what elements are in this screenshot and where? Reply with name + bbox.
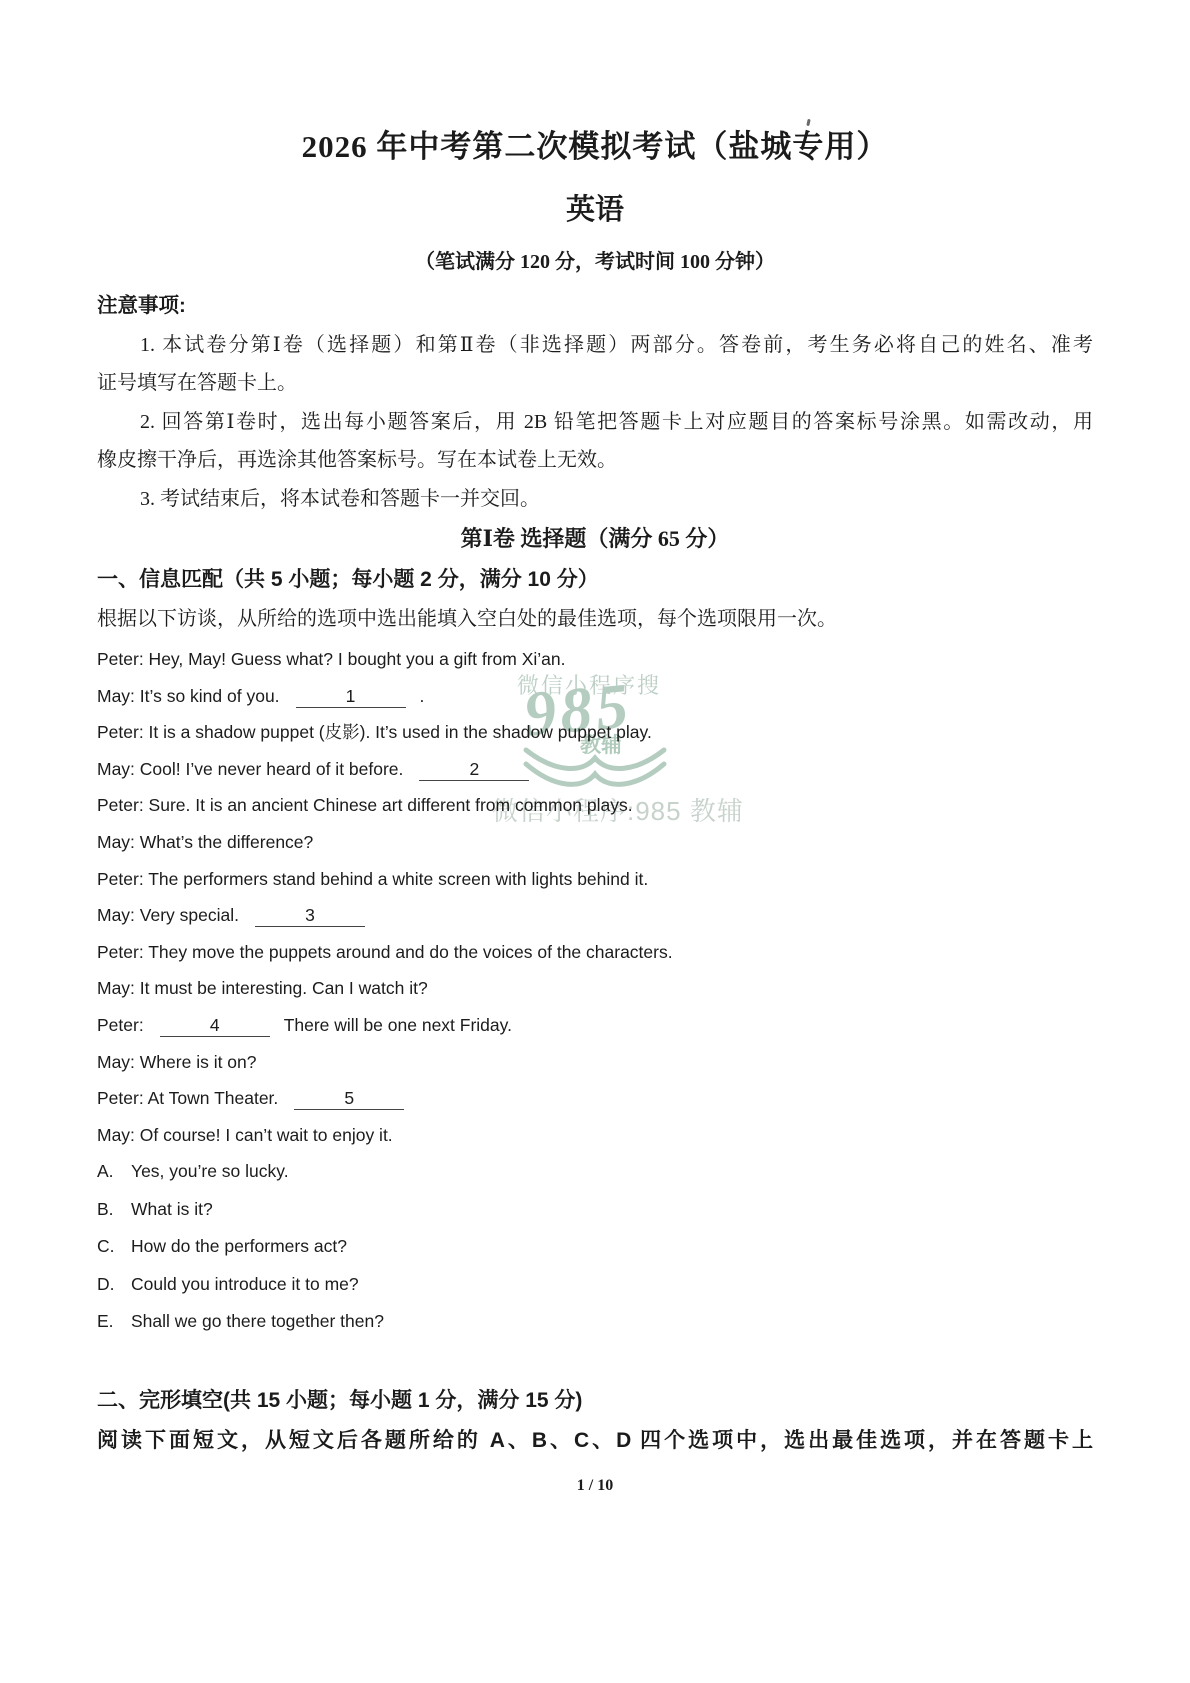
dialogue-text: May: Where is it on?	[97, 1052, 257, 1072]
dialogue-line: May: It must be interesting. Can I watch…	[97, 970, 1093, 1007]
dialogue-line: May: Very special.3	[97, 897, 1093, 934]
dialogue-text: Peter: At Town Theater.	[97, 1088, 278, 1108]
dialogue-line: May: Cool! I’ve never heard of it before…	[97, 751, 1093, 788]
notice-line: 橡皮擦干净后，再选涂其他答案标号。写在本试卷上无效。	[97, 441, 1093, 480]
blank-4: 4	[160, 1015, 270, 1037]
options-block: A.Yes, you’re so lucky. B.What is it? C.…	[97, 1153, 1093, 1341]
dialogue-line: Peter:4There will be one next Friday.	[97, 1007, 1093, 1044]
option-e: E.Shall we go there together then?	[97, 1303, 1093, 1341]
option-a: A.Yes, you’re so lucky.	[97, 1153, 1093, 1191]
option-letter: A.	[97, 1153, 131, 1191]
dialogue-line: Peter: They move the puppets around and …	[97, 934, 1093, 971]
page-content: 2026 年中考第二次模拟考试（盐城专用） 英语 （笔试满分 120 分，考试时…	[0, 0, 1190, 1498]
dialogue-line: Peter: At Town Theater.5	[97, 1080, 1093, 1117]
blank-number: 1	[346, 686, 356, 706]
blank-number: 3	[305, 905, 315, 925]
option-text: Could you introduce it to me?	[131, 1274, 359, 1294]
blank-3: 3	[255, 905, 365, 927]
option-letter: B.	[97, 1191, 131, 1229]
option-text: Shall we go there together then?	[131, 1311, 384, 1331]
dialogue-text: Peter: Hey, May! Guess what? I bought yo…	[97, 649, 566, 669]
dialogue-text: May: It must be interesting. Can I watch…	[97, 978, 428, 998]
exam-paper-page: 微信小程序搜 985 教辅 微信小程序:985 教辅 2026 年中考第二次模拟…	[0, 0, 1190, 1683]
option-letter: E.	[97, 1303, 131, 1341]
dialogue-text: May: It’s so kind of you.	[97, 686, 280, 706]
dialogue-line: May: It’s so kind of you.1.	[97, 678, 1093, 715]
section1-instruction: 根据以下访谈，从所给的选项中选出能填入空白处的最佳选项，每个选项限用一次。	[97, 600, 1093, 639]
dialogue-line: May: What’s the difference?	[97, 824, 1093, 861]
option-letter: C.	[97, 1228, 131, 1266]
dialogue-line: Peter: Hey, May! Guess what? I bought yo…	[97, 641, 1093, 678]
section1-heading: 一、信息匹配（共 5 小题；每小题 2 分，满分 10 分）	[97, 560, 1093, 600]
dialogue-line: Peter: Sure. It is an ancient Chinese ar…	[97, 787, 1093, 824]
option-text: What is it?	[131, 1199, 213, 1219]
blank-number: 5	[344, 1088, 354, 1108]
option-text: Yes, you’re so lucky.	[131, 1161, 289, 1181]
option-c: C.How do the performers act?	[97, 1228, 1093, 1266]
exam-subject: 英语	[97, 193, 1093, 227]
blank-5: 5	[294, 1088, 404, 1110]
notice-line: 1. 本试卷分第Ⅰ卷（选择题）和第Ⅱ卷（非选择题）两部分。答卷前，考生务必将自己…	[97, 326, 1093, 365]
dialogue-text: Peter: It is a shadow puppet (皮影). It’s …	[97, 722, 652, 742]
part1-title: 第Ⅰ卷 选择题（满分 65 分）	[97, 519, 1093, 559]
dialogue-text: May: Cool! I’ve never heard of it before…	[97, 759, 403, 779]
dialogue-line: May: Where is it on?	[97, 1044, 1093, 1081]
option-letter: D.	[97, 1266, 131, 1304]
dialogue-text: Peter: They move the puppets around and …	[97, 942, 673, 962]
dialogue-line: Peter: It is a shadow puppet (皮影). It’s …	[97, 714, 1093, 751]
dialogue-text: .	[420, 686, 425, 706]
exam-info: （笔试满分 120 分，考试时间 100 分钟）	[97, 249, 1093, 275]
dialogue-line: Peter: The performers stand behind a whi…	[97, 861, 1093, 898]
notice-line: 证号填写在答题卡上。	[97, 364, 1093, 403]
notice-section: 注意事项: 1. 本试卷分第Ⅰ卷（选择题）和第Ⅱ卷（非选择题）两部分。答卷前，考…	[97, 287, 1093, 518]
exam-title: 2026 年中考第二次模拟考试（盐城专用）	[97, 0, 1093, 166]
notice-heading: 注意事项:	[97, 287, 1093, 326]
option-text: How do the performers act?	[131, 1236, 347, 1256]
dialogue-text: May: What’s the difference?	[97, 832, 313, 852]
option-d: D.Could you introduce it to me?	[97, 1266, 1093, 1304]
page-number: 1 / 10	[97, 1474, 1093, 1498]
dialogue-text: Peter: Sure. It is an ancient Chinese ar…	[97, 795, 633, 815]
dialogue-text: May: Very special.	[97, 905, 239, 925]
section2-instruction: 阅读下面短文，从短文后各题所给的 A、B、C、D 四个选项中，选出最佳选项，并在…	[97, 1421, 1093, 1461]
blank-number: 4	[210, 1015, 220, 1035]
blank-number: 2	[470, 759, 480, 779]
dialogue-text: Peter:	[97, 1015, 144, 1035]
dialogue-text: Peter: The performers stand behind a whi…	[97, 869, 648, 889]
blank-2: 2	[419, 759, 529, 781]
section2: 二、完形填空(共 15 小题；每小题 1 分，满分 15 分) 阅读下面短文，从…	[97, 1381, 1093, 1461]
dialogue-text: There will be one next Friday.	[284, 1015, 512, 1035]
notice-line: 3. 考试结束后，将本试卷和答题卡一并交回。	[97, 480, 1093, 519]
dialogue-block: Peter: Hey, May! Guess what? I bought yo…	[97, 641, 1093, 1153]
dialogue-text: May: Of course! I can’t wait to enjoy it…	[97, 1125, 393, 1145]
notice-line: 2. 回答第Ⅰ卷时，选出每小题答案后，用 2B 铅笔把答题卡上对应题目的答案标号…	[97, 403, 1093, 442]
dialogue-line: May: Of course! I can’t wait to enjoy it…	[97, 1117, 1093, 1154]
blank-1: 1	[296, 686, 406, 708]
section2-heading: 二、完形填空(共 15 小题；每小题 1 分，满分 15 分)	[97, 1381, 1093, 1421]
option-b: B.What is it?	[97, 1191, 1093, 1229]
